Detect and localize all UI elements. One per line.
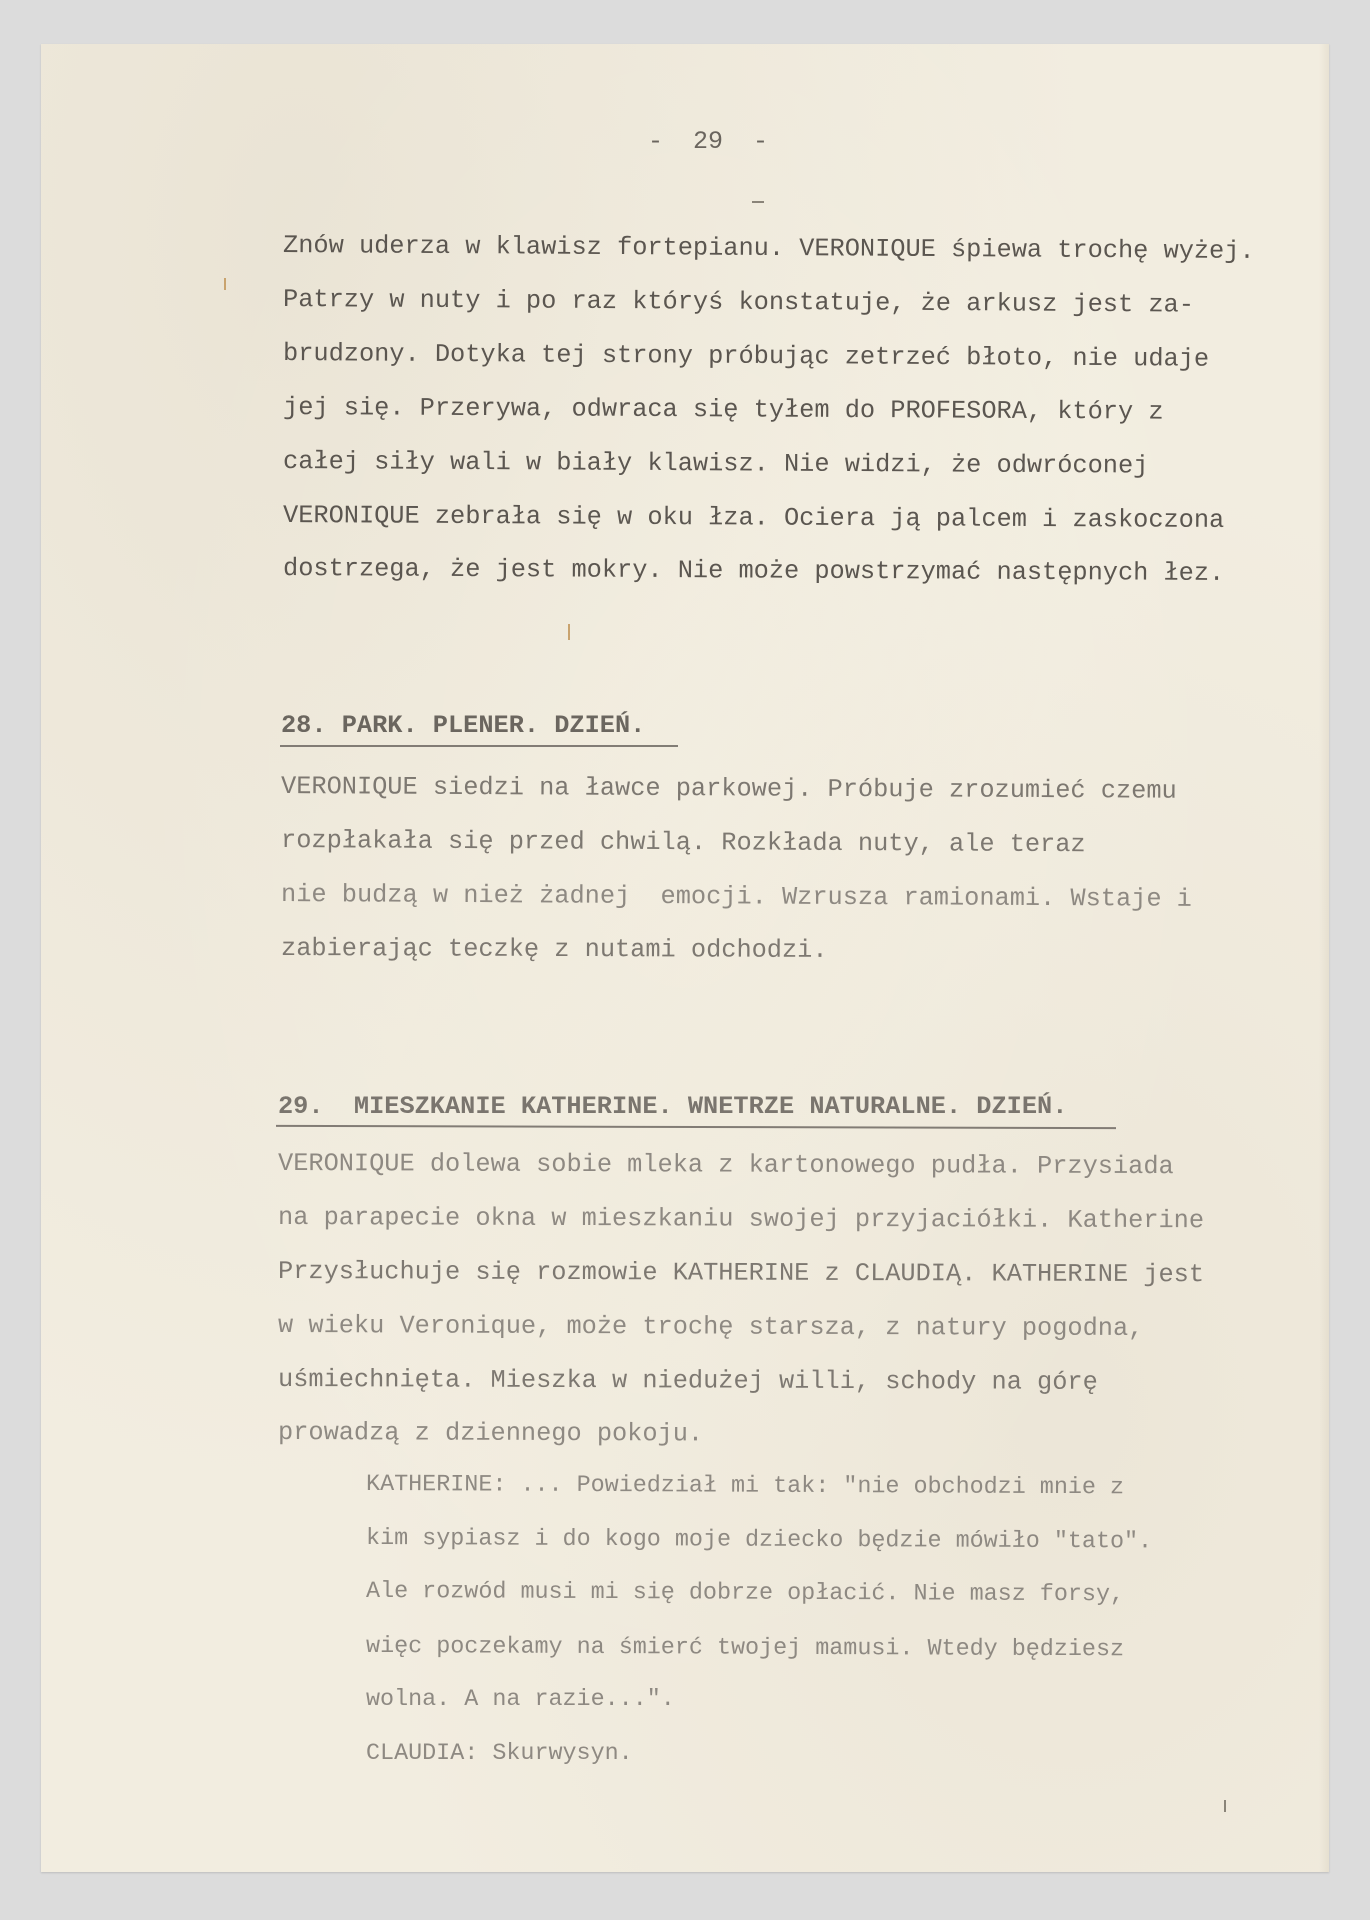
paragraph-line: Znów uderza w klawisz fortepianu. VERONI… [283, 232, 1255, 266]
paragraph-line: jej się. Przerywa, odwraca się tyłem do … [283, 394, 1164, 427]
scene-line: Przysłuchuje się rozmowie KATHERINE z CL… [278, 1258, 1204, 1289]
scene-line: w wieku Veronique, może trochę starsza, … [278, 1312, 1143, 1343]
dialogue-line: Ale rozwód musi mi się dobrze opłacić. N… [366, 1578, 1124, 1609]
scene-heading: 29. MIESZKANIE KATHERINE. WNETRZE NATURA… [278, 1093, 1067, 1121]
scene-line: VERONIQUE siedzi na ławce parkowej. Prób… [281, 773, 1177, 806]
dialogue-line: kim sypiasz i do kogo moje dziecko będzi… [366, 1525, 1152, 1556]
scene-line: VERONIQUE dolewa sobie mleka z kartonowe… [278, 1150, 1174, 1181]
dialogue-line: CLAUDIA: Skurwysyn. [366, 1740, 633, 1768]
scene-line: prowadzą z dziennego pokoju. [278, 1419, 703, 1448]
scene-line: na parapecie okna w mieszkaniu swojej pr… [278, 1204, 1204, 1235]
heading-underline [280, 745, 678, 747]
paragraph-line: całej siły wali w biały klawisz. Nie wid… [283, 448, 1148, 481]
stray-mark [752, 201, 764, 203]
dialogue-line: wolna. A na razie...". [366, 1686, 675, 1714]
page-number: - 29 - [648, 128, 768, 156]
paragraph-line: Patrzy w nuty i po raz któryś konstatuje… [283, 286, 1194, 320]
scene-line: zabierając teczkę z nutami odchodzi. [281, 935, 828, 965]
dialogue-line: więc poczekamy na śmierć twojej mamusi. … [366, 1633, 1124, 1664]
scene-line: rozpłakała się przed chwilą. Rozkłada nu… [281, 827, 1086, 859]
stray-mark [1224, 1800, 1226, 1812]
scene-line: uśmiechnięta. Mieszka w niedużej willi, … [278, 1366, 1098, 1397]
stray-mark [224, 278, 226, 290]
stray-mark [568, 624, 570, 640]
scene-line: nie budzą w nież żadnej emocji. Wzrusza … [281, 881, 1192, 914]
paragraph-line: brudzony. Dotyka tej strony próbując zet… [283, 340, 1209, 374]
paragraph-line: VERONIQUE zebrała się w oku łza. Ociera … [283, 502, 1224, 535]
paragraph-line: dostrzega, że jest mokry. Nie może powst… [283, 555, 1224, 588]
scene-heading: 28. PARK. PLENER. DZIEŃ. [281, 712, 645, 740]
dialogue-line: KATHERINE: ... Powiedział mi tak: "nie o… [366, 1471, 1124, 1502]
